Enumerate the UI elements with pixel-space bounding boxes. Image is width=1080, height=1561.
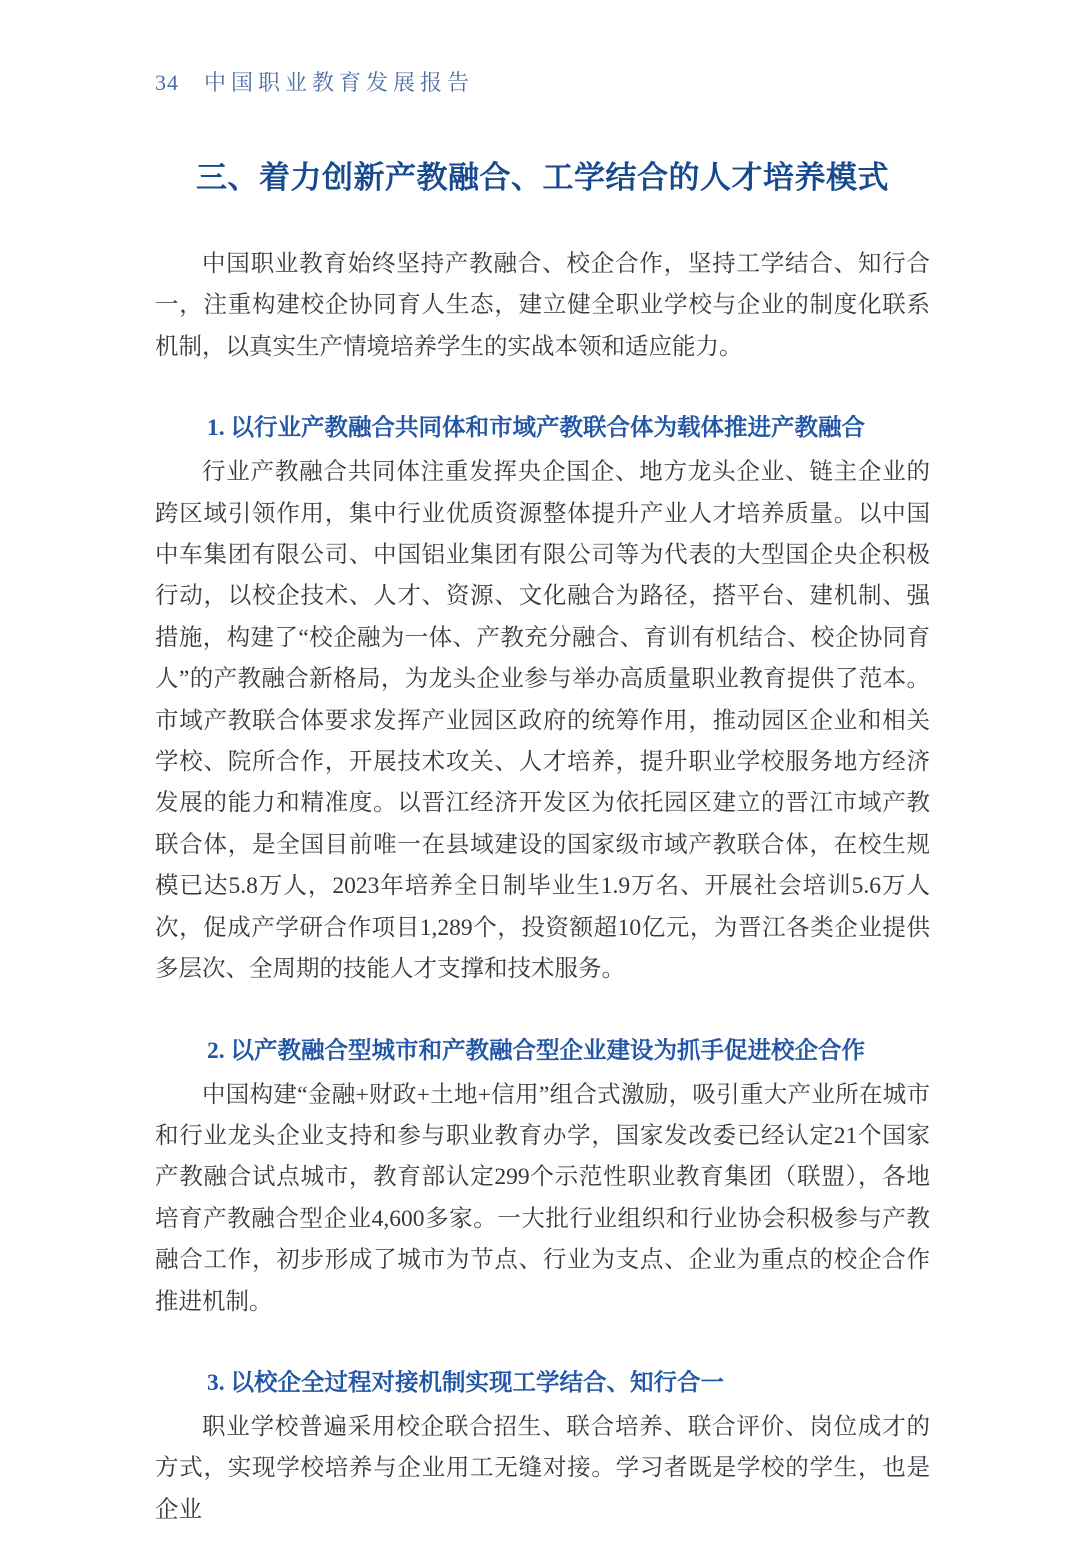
- intro-paragraph: 中国职业教育始终坚持产教融合、校企合作，坚持工学结合、知行合一，注重构建校企协同…: [155, 244, 930, 368]
- report-title: 中国职业教育发展报告: [204, 70, 474, 96]
- section-2-heading: 2. 以产教融合型城市和产教融合型企业建设为抓手促进校企合作: [155, 1035, 930, 1067]
- chapter-heading: 三、着力创新产教融合、工学结合的人才培养模式: [155, 156, 930, 200]
- section-2-paragraph: 中国构建“金融+财政+土地+信用”组合式激励，吸引重大产业所在城市和行业龙头企业…: [155, 1075, 930, 1323]
- section-3-paragraph: 职业学校普遍采用校企联合招生、联合培养、联合评价、岗位成才的方式，实现学校培养与…: [155, 1407, 930, 1531]
- section-1-paragraph: 行业产教融合共同体注重发挥央企国企、地方龙头企业、链主企业的跨区域引领作用，集中…: [155, 452, 930, 990]
- document-page: 34中国职业教育发展报告 三、着力创新产教融合、工学结合的人才培养模式 中国职业…: [0, 0, 1080, 1561]
- page-number: 34: [155, 70, 179, 96]
- section-1-heading: 1. 以行业产教融合共同体和市域产教联合体为载体推进产教融合: [155, 412, 930, 444]
- page-header: 34中国职业教育发展报告: [155, 70, 930, 96]
- section-3-heading: 3. 以校企全过程对接机制实现工学结合、知行合一: [155, 1367, 930, 1399]
